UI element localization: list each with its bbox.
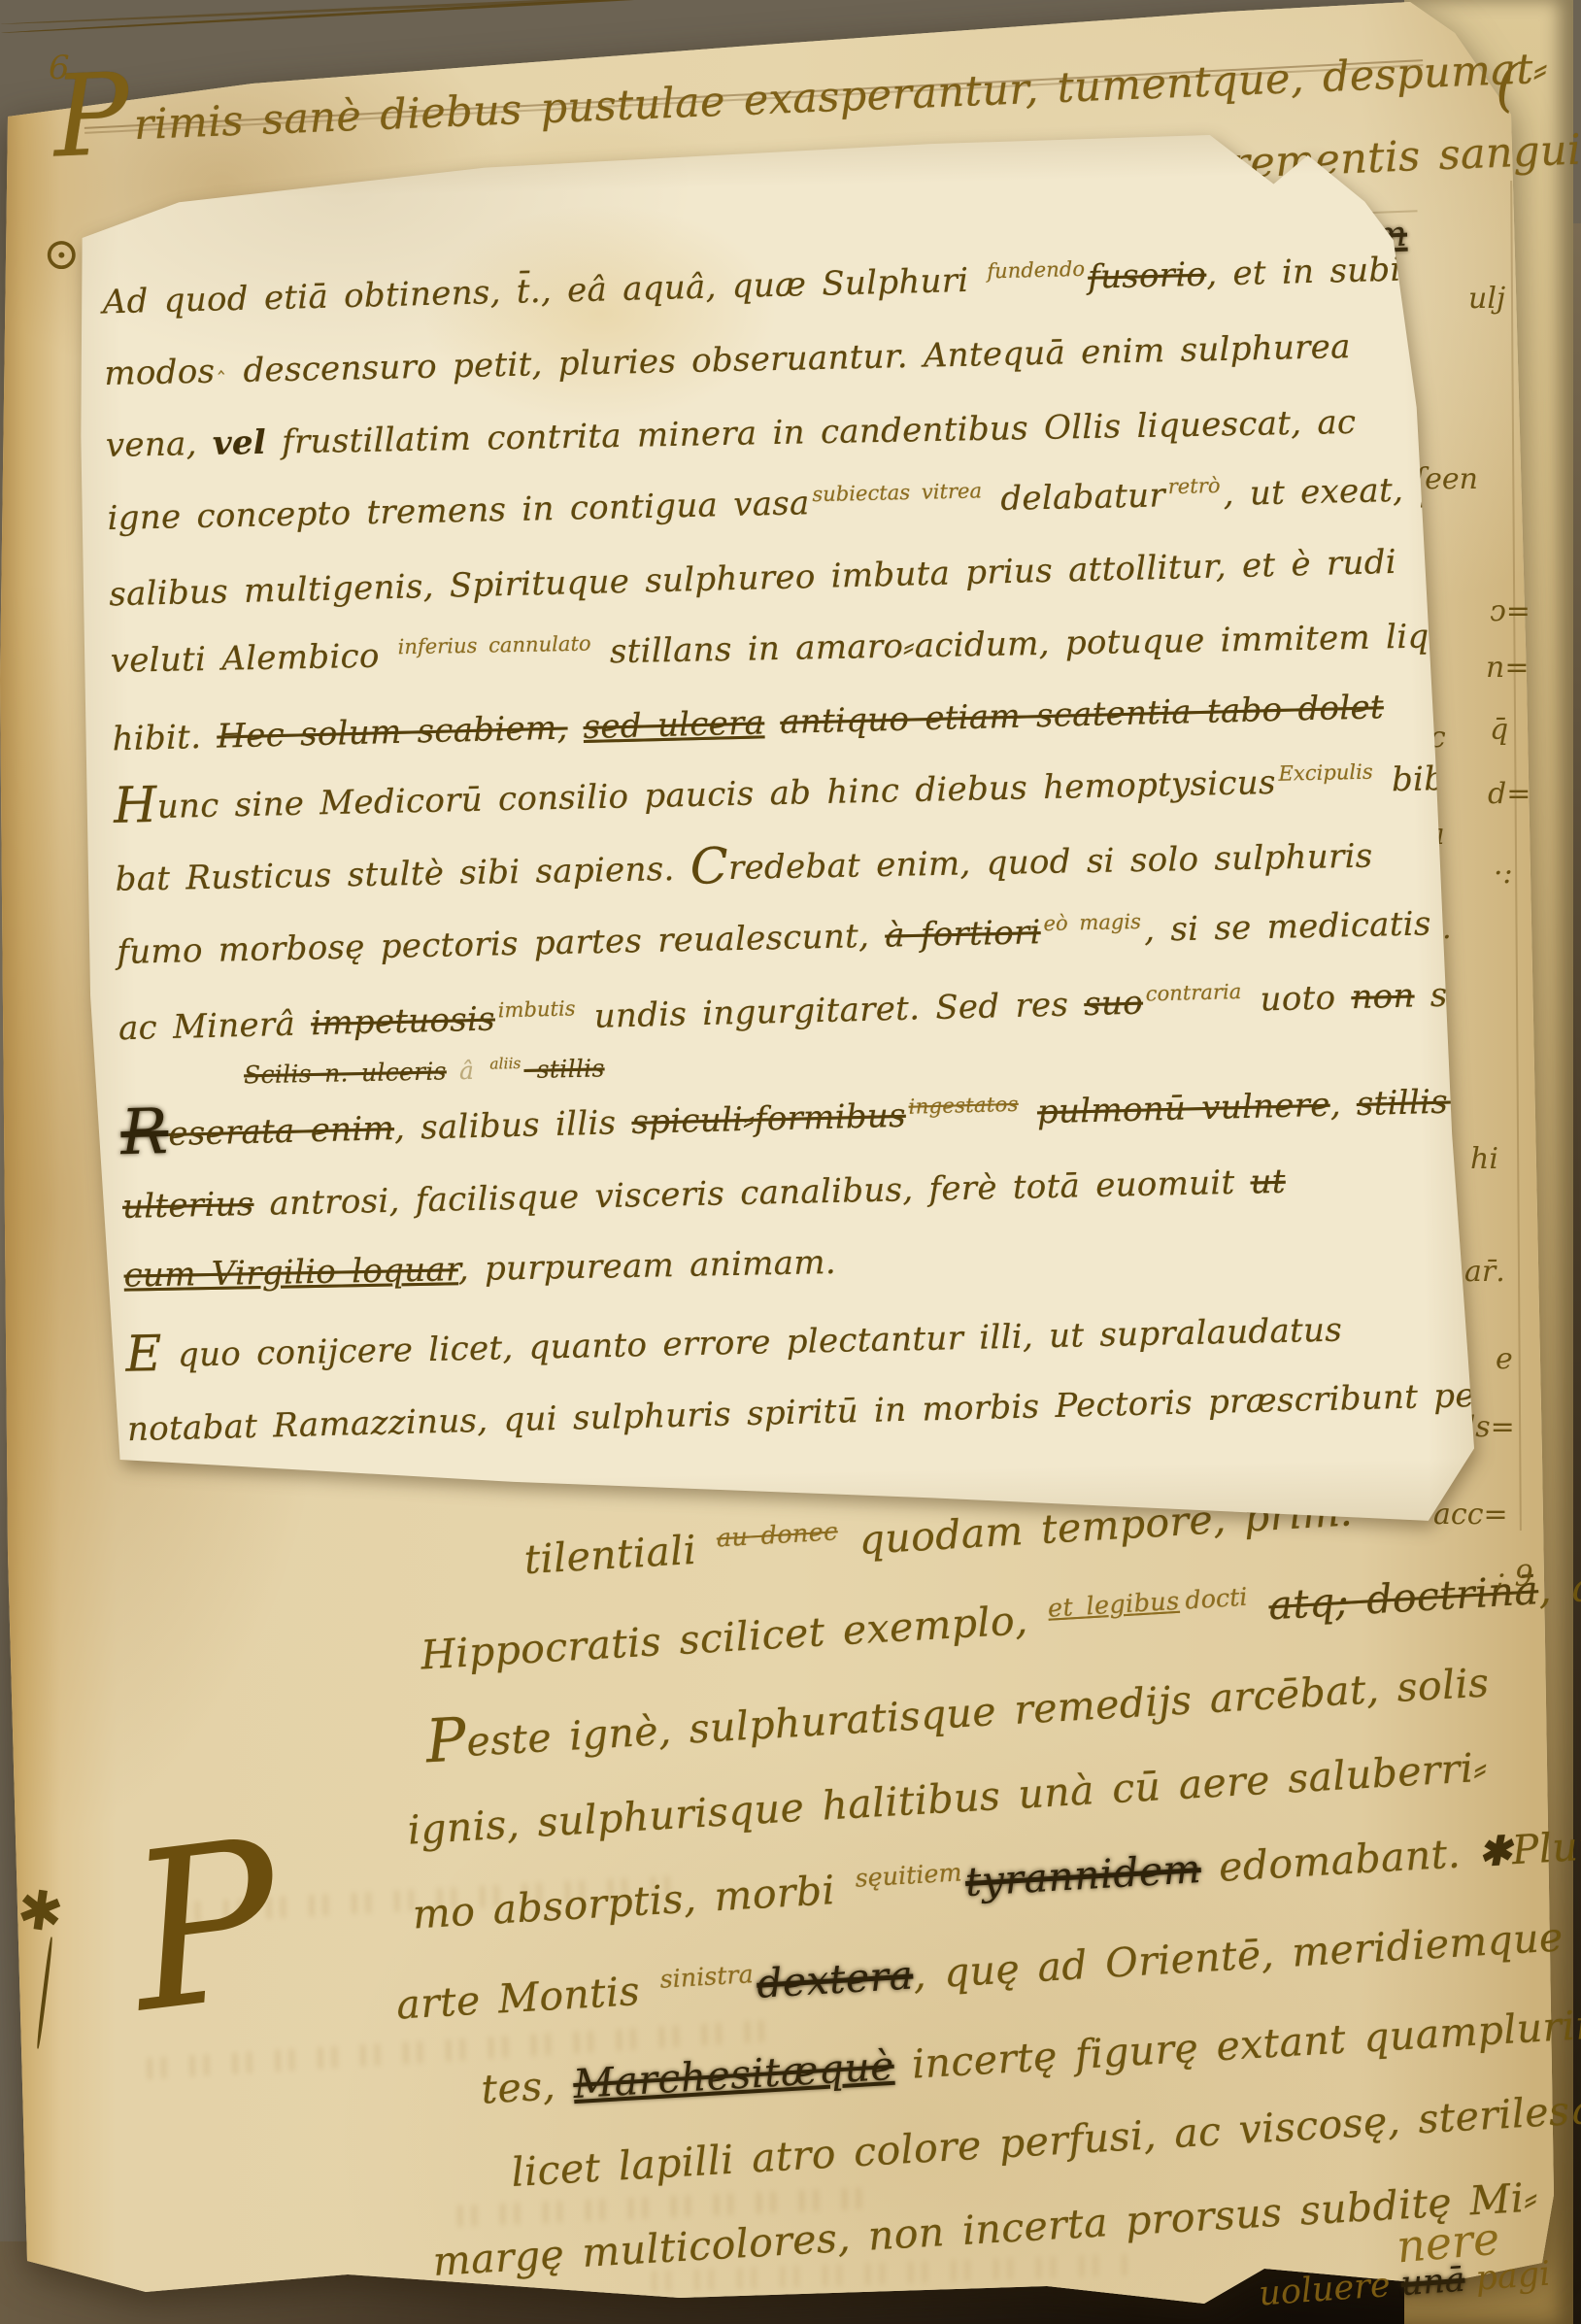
handwritten-text: , et in subiectis — [1206, 249, 1482, 294]
handwritten-text: descensuro petit, pluries obseruantur. A… — [227, 327, 1351, 390]
struck-text: ulterius — [122, 1185, 254, 1227]
handwritten-text: C — [690, 838, 728, 896]
slip-text: Ad quod etiā obtinens, t̄., eâ aquâ, quæ… — [102, 236, 1457, 1464]
handwritten-text: unc sine Medicorū consilio paucis ab hin… — [156, 763, 1276, 826]
interlinear-insertion: sinistra — [659, 1959, 755, 1994]
handwritten-text: hibit. — [112, 718, 218, 759]
handwritten-text: Pluri⸗ — [1510, 1821, 1581, 1874]
handwritten-text: arte Montis — [395, 1967, 659, 2029]
struck-text: non — [1351, 976, 1415, 1017]
struck-text: suo — [1084, 984, 1144, 1025]
handwritten-text: fumo morbosę pectoris partes reualescunt… — [117, 917, 886, 972]
struck-text: cum Virgilio loquar — [123, 1250, 458, 1295]
cutoff-text-fragment: ; 9 — [1496, 1560, 1533, 1594]
handwritten-text: quo conijcere licet, quanto errore plect… — [162, 1310, 1343, 1375]
handwritten-text: , purpuream animam. — [457, 1243, 836, 1289]
handwritten-text: stillans in amaro⸗acidum, potuque immite… — [593, 614, 1581, 671]
base-page-bottom-text: tilentiali au donec quodam tempore, prim… — [301, 1458, 1581, 2309]
struck-text: impetuosis — [311, 999, 496, 1043]
handwritten-text: P — [423, 1704, 468, 1776]
struck-text: dextera — [756, 1952, 915, 2007]
pasted-slip-wrap: Ad quod etiā obtinens, t̄., eâ aquâ, quæ… — [82, 142, 1476, 1540]
cutoff-text-fragment: e — [1496, 1342, 1513, 1376]
handwritten-text: E — [125, 1326, 163, 1384]
struck-text: Marchesitæquè — [572, 2042, 895, 2107]
handwritten-text: redebat enim, quod si solo sulphuris — [728, 837, 1373, 888]
cutoff-text-fragment: n= — [1486, 651, 1529, 685]
pasted-correction-slip: Ad quod etiā obtinens, t̄., eâ aquâ, quæ… — [66, 127, 1491, 1556]
interlinear-insertion: subiectas vitrea — [812, 478, 982, 506]
handwritten-text: delabatur — [985, 476, 1166, 519]
interlinear-insertion: imbutis — [497, 995, 575, 1022]
handwritten-text: bat Rusticus stultè sibi sapiens. — [115, 850, 690, 899]
handwritten-text: frustillatim contrita minera in candenti… — [266, 403, 1357, 462]
interlinear-insertion: docti — [1184, 1582, 1248, 1615]
struck-text: tyrannidem — [964, 1845, 1202, 1905]
handwritten-text: , salibus illis — [393, 1103, 631, 1148]
handwritten-text: pagi — [1463, 2255, 1552, 2300]
interlinear-insertion: eò magis — [1043, 909, 1141, 935]
cutoff-text-fragment: ( — [1496, 52, 1518, 118]
interlinear-insertion: Excipulis — [1278, 759, 1373, 786]
manuscript-photo: 6. ⊙ ✱ Primis sanè diebus pustulae exasp… — [0, 0, 1581, 2324]
handwritten-text: modos — [104, 353, 216, 393]
handwritten-text: , — [1329, 1085, 1357, 1125]
interlinear-insertion: sęuitiem — [855, 1858, 963, 1893]
struck-text: stillis — [523, 1054, 605, 1084]
interlinear-insertion: ‸ — [218, 350, 225, 374]
handwritten-text: Ad quod etiā obtinens, t̄., eâ aquâ, quæ… — [102, 260, 985, 321]
handwritten-text: uoto — [1244, 978, 1352, 1020]
handwritten-text: undis ingurgitaret. — [578, 989, 936, 1036]
interlinear-insertion: aliis — [489, 1055, 521, 1073]
interlinear-insertion: fundendo — [987, 256, 1085, 284]
handwritten-text: Sed res — [935, 985, 1085, 1027]
handwritten-text: ac Minerâ — [118, 1004, 312, 1048]
handwritten-text: salibus multigenis, Spirituque sulphureo… — [109, 543, 1397, 615]
handwritten-text: mo absorptis, morbi — [412, 1866, 855, 1937]
handwritten-text: edomabant. — [1199, 1829, 1479, 1892]
handwritten-text — [764, 703, 781, 742]
struck-text: pulmonū vulnere — [1037, 1086, 1331, 1132]
handwritten-text: vel — [212, 423, 266, 463]
cutoff-text-fragment: ·: — [1494, 857, 1513, 891]
interlinear-insertion: ingestatos — [908, 1092, 1019, 1119]
handwritten-text — [567, 708, 584, 747]
struck-text: Scilis n. ulceris — [244, 1057, 447, 1089]
interlinear-insertion: retrò — [1167, 473, 1220, 498]
handwritten-text: vena, — [106, 424, 214, 465]
handwritten-text: bibe⸗ — [1375, 758, 1476, 799]
struck-text: spiculi⸗formibus — [631, 1096, 906, 1142]
large-initial-P: P — [119, 1810, 291, 2044]
struck-text: fusorio — [1088, 255, 1207, 297]
cutoff-text-fragment: ↄ= — [1490, 594, 1531, 628]
interlinear-insertion: et legibus — [1047, 1586, 1180, 1623]
struck-text: eserata enim — [168, 1109, 395, 1154]
handwritten-text: igne concepto tremens in contigua vasa — [107, 484, 810, 538]
handwritten-text: tes, — [480, 2061, 575, 2112]
struck-text: sed ulcera — [583, 703, 765, 747]
interlinear-insertion: contraria — [1145, 979, 1241, 1005]
handwritten-text: Hippocratis scilicet exemplo, — [420, 1596, 1047, 1679]
struck-text: Hec solum scabiem, — [217, 708, 568, 756]
interlinear-insertion: inferius cannulato — [397, 631, 591, 659]
handwritten-text: , si se medicatis illis — [1144, 903, 1508, 950]
handwritten-text: , qui grassante — [1537, 1548, 1581, 1613]
handwritten-text: veluti Alembico — [110, 636, 395, 680]
handwritten-text: H — [113, 777, 157, 835]
handwritten-text — [1021, 1093, 1037, 1131]
handwritten-text: R — [119, 1095, 169, 1169]
struck-text: à fortiori — [885, 913, 1041, 955]
handwritten-text: â — [446, 1057, 487, 1086]
struck-text: ut — [1250, 1162, 1286, 1202]
handwritten-text: antrosi, facilisque visceris canalibus, … — [253, 1162, 1251, 1223]
struck-text: unā — [1399, 2261, 1466, 2305]
struck-text: antiquo etiam scatentia tabo dolet — [780, 688, 1385, 742]
handwritten-text: ✱ — [1477, 1827, 1514, 1875]
cutoff-text-fragment: d= — [1488, 777, 1531, 811]
cutoff-text-fragment: q̄ — [1490, 713, 1508, 747]
margin-asterisk-icon: ✱ — [14, 1877, 68, 1946]
